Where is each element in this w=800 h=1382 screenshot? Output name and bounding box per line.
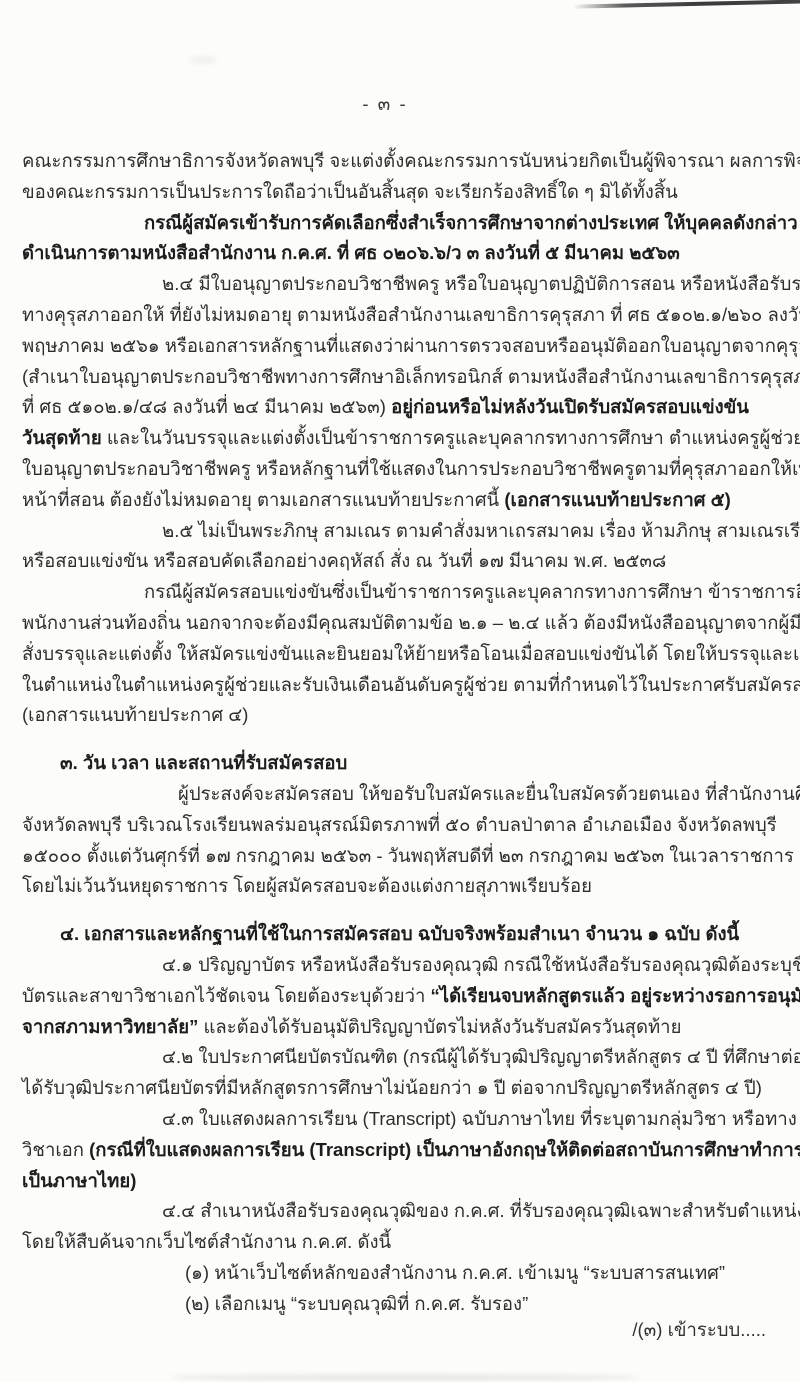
doc-text: ได้รับวุฒิประกาศนียบัตรที่มีหลักสูตรการศ… xyxy=(22,1077,762,1098)
doc-line: ๔.๑ ปริญญาบัตร หรือหนังสือรับรองคุณวุฒิ … xyxy=(22,950,782,981)
doc-text: (สำเนาใบอนุญาตประกอบวิชาชีพทางการศึกษาอิ… xyxy=(22,366,800,387)
scanned-document-page: { "page": { "number_label": "- ๓ -", "fo… xyxy=(0,0,800,1382)
section-3-heading: ๓. วัน เวลา และสถานที่รับสมัครสอบ xyxy=(22,748,782,779)
doc-text: วิชาเอก xyxy=(22,1139,89,1160)
doc-line: สั่งบรรจุและแต่งตั้ง ให้สมัครแข่งขันและย… xyxy=(22,639,782,670)
doc-line: บัตรและสาขาวิชาเอกไว้ชัดเจน โดยต้องระบุด… xyxy=(22,981,782,1012)
doc-text: พฤษภาคม ๒๕๖๑ หรือเอกสารหลักฐานที่แสดงว่า… xyxy=(22,335,800,356)
scan-artifact-bottom-edge xyxy=(170,1374,640,1381)
doc-text-bold: เป็นภาษาไทย) xyxy=(22,1170,136,1191)
doc-line: (สำเนาใบอนุญาตประกอบวิชาชีพทางการศึกษาอิ… xyxy=(22,362,782,393)
doc-line: วิชาเอก (กรณีที่ใบแสดงผลการเรียน (Transc… xyxy=(22,1135,782,1166)
doc-text-bold: “ได้เรียนจบหลักสูตรแล้ว อยู่ระหว่างรอการ… xyxy=(431,985,800,1006)
doc-line: จังหวัดลพบุรี บริเวณโรงเรียนพลร่มอนุสรณ์… xyxy=(22,810,782,841)
doc-line: ๔.๓ ใบแสดงผลการเรียน (Transcript) ฉบับภา… xyxy=(22,1104,782,1135)
doc-text: (๒) เลือกเมนู “ระบบคุณวุฒิที่ ก.ค.ศ. รับ… xyxy=(185,1293,528,1314)
doc-line: ๔.๒ ใบประกาศนียบัตรบัณฑิต (กรณีผู้ได้รับ… xyxy=(22,1042,782,1073)
doc-text: ๑๕๐๐๐ ตั้งแต่วันศุกร์ที่ ๑๗ กรกฎาคม ๒๕๖๓… xyxy=(22,845,794,866)
doc-line: โดยให้สืบค้นจากเว็บไซต์สำนักงาน ก.ค.ศ. ด… xyxy=(22,1227,782,1258)
doc-text-bold: (กรณีที่ใบแสดงผลการเรียน (Transcript) เป… xyxy=(89,1139,800,1160)
doc-text-bold: ๔. เอกสารและหลักฐานที่ใช้ในการสมัครสอบ ฉ… xyxy=(60,923,739,944)
doc-text: หรือสอบแข่งขัน หรือสอบคัดเลือกอย่างคฤหัส… xyxy=(22,550,666,571)
doc-line: (เอกสารแนบท้ายประกาศ ๔) xyxy=(22,700,782,731)
doc-line: ที่ ศธ ๕๑๐๒.๑/๔๘ ลงวันที่ ๒๔ มีนาคม ๒๕๖๓… xyxy=(22,392,782,423)
doc-line: ผู้ประสงค์จะสมัครสอบ ให้ขอรับใบสมัครและย… xyxy=(22,779,782,810)
doc-text: ในตำแหน่งในตำแหน่งครูผู้ช่วยและรับเงินเด… xyxy=(22,674,800,695)
doc-text-bold: (เอกสารแนบท้ายประกาศ ๕) xyxy=(504,489,730,510)
doc-text-bold: อยู่ก่อนหรือไม่หลังวันเปิดรับสมัครสอบแข่… xyxy=(391,396,749,417)
scan-smudge xyxy=(190,56,216,64)
doc-line: คณะกรรมการศึกษาธิการจังหวัดลพบุรี จะแต่ง… xyxy=(22,146,782,177)
doc-line: หน้าที่สอน ต้องยังไม่หมดอายุ ตามเอกสารแน… xyxy=(22,485,782,516)
doc-text: ของคณะกรรมการเป็นประการใดถือว่าเป็นอันสิ… xyxy=(22,181,678,202)
doc-text: จังหวัดลพบุรี บริเวณโรงเรียนพลร่มอนุสรณ์… xyxy=(22,814,777,835)
doc-text: ๔.๒ ใบประกาศนียบัตรบัณฑิต (กรณีผู้ได้รับ… xyxy=(162,1046,800,1067)
doc-text-bold: ดำเนินการตามหนังสือสำนักงาน ก.ค.ศ. ที่ ศ… xyxy=(22,242,680,263)
doc-text: โดยไม่เว้นวันหยุดราชการ โดยผู้สมัครสอบจะ… xyxy=(22,875,592,896)
doc-text-bold: กรณีผู้สมัครเข้ารับการคัดเลือกซึ่งสำเร็จ… xyxy=(144,212,798,233)
doc-line: จากสภามหาวิทยาลัย” และต้องได้รับอนุมัติป… xyxy=(22,1012,782,1043)
doc-line: ทางคุรุสภาออกให้ ที่ยังไม่หมดอายุ ตามหนั… xyxy=(22,300,782,331)
scan-artifact-top-edge xyxy=(573,0,800,9)
doc-line: กรณีผู้สมัครเข้ารับการคัดเลือกซึ่งสำเร็จ… xyxy=(22,208,782,239)
doc-line: เป็นภาษาไทย) xyxy=(22,1166,782,1197)
doc-text: และในวันบรรจุและแต่งตั้งเป็นข้าราชการครู… xyxy=(102,427,800,448)
doc-line: โดยไม่เว้นวันหยุดราชการ โดยผู้สมัครสอบจะ… xyxy=(22,871,782,902)
doc-text: ใบอนุญาตประกอบวิชาชีพครู หรือหลักฐานที่ใ… xyxy=(22,458,800,479)
doc-line: หรือสอบแข่งขัน หรือสอบคัดเลือกอย่างคฤหัส… xyxy=(22,546,782,577)
doc-text: หน้าที่สอน ต้องยังไม่หมดอายุ ตามเอกสารแน… xyxy=(22,489,504,510)
doc-text: ผู้ประสงค์จะสมัครสอบ ให้ขอรับใบสมัครและย… xyxy=(178,783,800,804)
doc-text-bold: จากสภามหาวิทยาลัย” xyxy=(22,1016,198,1037)
doc-line: ดำเนินการตามหนังสือสำนักงาน ก.ค.ศ. ที่ ศ… xyxy=(22,238,782,269)
section-4-heading: ๔. เอกสารและหลักฐานที่ใช้ในการสมัครสอบ ฉ… xyxy=(22,919,782,950)
footer-continuation-note: /(๓) เข้าระบบ..... xyxy=(632,1316,766,1345)
doc-line: กรณีผู้สมัครสอบแข่งขันซึ่งเป็นข้าราชการค… xyxy=(22,577,782,608)
doc-text: ๔.๔ สำเนาหนังสือรับรองคุณวุฒิของ ก.ค.ศ. … xyxy=(162,1200,800,1221)
doc-text: และต้องได้รับอนุมัติปริญญาบัตรไม่หลังวัน… xyxy=(198,1016,681,1037)
doc-line: ได้รับวุฒิประกาศนียบัตรที่มีหลักสูตรการศ… xyxy=(22,1073,782,1104)
doc-text: ๔.๑ ปริญญาบัตร หรือหนังสือรับรองคุณวุฒิ … xyxy=(162,954,800,975)
doc-line: พฤษภาคม ๒๕๖๑ หรือเอกสารหลักฐานที่แสดงว่า… xyxy=(22,331,782,362)
doc-text: พนักงานส่วนท้องถิ่น นอกจากจะต้องมีคุณสมบ… xyxy=(22,612,800,633)
doc-text: (๑) หน้าเว็บไซต์หลักของสำนักงาน ก.ค.ศ. เ… xyxy=(185,1262,725,1283)
doc-line: วันสุดท้าย และในวันบรรจุและแต่งตั้งเป็นข… xyxy=(22,423,782,454)
doc-line: (๑) หน้าเว็บไซต์หลักของสำนักงาน ก.ค.ศ. เ… xyxy=(22,1258,782,1289)
doc-line: ๑๕๐๐๐ ตั้งแต่วันศุกร์ที่ ๑๗ กรกฎาคม ๒๕๖๓… xyxy=(22,841,782,872)
doc-text: ที่ ศธ ๕๑๐๒.๑/๔๘ ลงวันที่ ๒๔ มีนาคม ๒๕๖๓… xyxy=(22,396,391,417)
doc-text-bold: ๓. วัน เวลา และสถานที่รับสมัครสอบ xyxy=(60,752,347,773)
doc-text: กรณีผู้สมัครสอบแข่งขันซึ่งเป็นข้าราชการค… xyxy=(144,581,800,602)
doc-text: ๔.๓ ใบแสดงผลการเรียน (Transcript) ฉบับภา… xyxy=(162,1108,800,1129)
doc-text: ๒.๕ ไม่เป็นพระภิกษุ สามเณร ตามคำสั่งมหาเ… xyxy=(162,520,800,541)
doc-line: ใบอนุญาตประกอบวิชาชีพครู หรือหลักฐานที่ใ… xyxy=(22,454,782,485)
doc-text: (เอกสารแนบท้ายประกาศ ๔) xyxy=(22,704,248,725)
doc-text: โดยให้สืบค้นจากเว็บไซต์สำนักงาน ก.ค.ศ. ด… xyxy=(22,1231,391,1252)
doc-line: ๒.๔ มีใบอนุญาตประกอบวิชาชีพครู หรือใบอนุ… xyxy=(22,269,782,300)
doc-text: ๒.๔ มีใบอนุญาตประกอบวิชาชีพครู หรือใบอนุ… xyxy=(162,273,800,294)
doc-line: (๒) เลือกเมนู “ระบบคุณวุฒิที่ ก.ค.ศ. รับ… xyxy=(22,1289,782,1320)
doc-line: ๒.๕ ไม่เป็นพระภิกษุ สามเณร ตามคำสั่งมหาเ… xyxy=(22,516,782,547)
doc-text: บัตรและสาขาวิชาเอกไว้ชัดเจน โดยต้องระบุด… xyxy=(22,985,431,1006)
doc-text: สั่งบรรจุและแต่งตั้ง ให้สมัครแข่งขันและย… xyxy=(22,643,800,664)
doc-line: ในตำแหน่งในตำแหน่งครูผู้ช่วยและรับเงินเด… xyxy=(22,670,782,701)
doc-line: ของคณะกรรมการเป็นประการใดถือว่าเป็นอันสิ… xyxy=(22,177,782,208)
doc-line: ๔.๔ สำเนาหนังสือรับรองคุณวุฒิของ ก.ค.ศ. … xyxy=(22,1196,782,1227)
doc-text: ทางคุรุสภาออกให้ ที่ยังไม่หมดอายุ ตามหนั… xyxy=(22,304,800,325)
doc-text-bold: วันสุดท้าย xyxy=(22,427,102,448)
document-body: คณะกรรมการศึกษาธิการจังหวัดลพบุรี จะแต่ง… xyxy=(22,146,782,1319)
doc-line: พนักงานส่วนท้องถิ่น นอกจากจะต้องมีคุณสมบ… xyxy=(22,608,782,639)
page-number: - ๓ - xyxy=(0,90,770,119)
doc-text: คณะกรรมการศึกษาธิการจังหวัดลพบุรี จะแต่ง… xyxy=(22,150,800,171)
